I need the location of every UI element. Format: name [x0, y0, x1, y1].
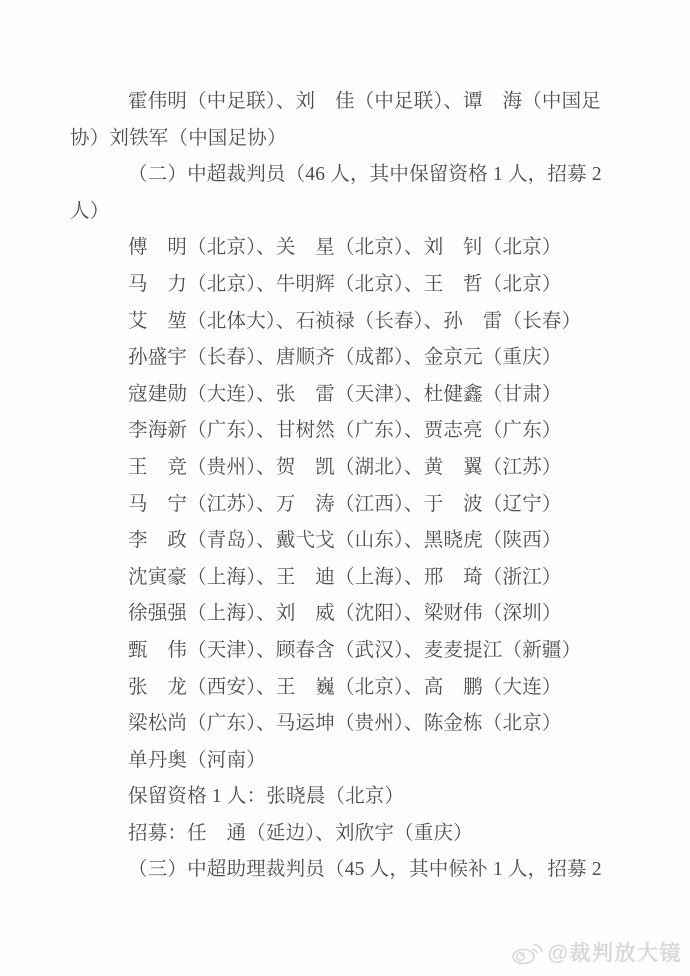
document-line: 沈寅豪（上海）、王 迪（上海）、邢 琦（浙江） [70, 560, 586, 597]
document-line: 甄 伟（天津）、顾春含（武汉）、麦麦提江（新疆） [70, 633, 586, 670]
document-line: 招募：任 通（延边）、刘欣宇（重庆） [70, 816, 586, 853]
document-line: 孙盛宇（长春）、唐顺齐（成都）、金京元（重庆） [70, 340, 586, 377]
document-line: 徐强强（上海）、刘 威（沈阳）、梁财伟（深圳） [70, 596, 586, 633]
document-line: 李海新（广东）、甘树然（广东）、贾志亮（广东） [70, 413, 586, 450]
document-line: 马 力（北京）、牛明辉（北京）、王 哲（北京） [70, 267, 586, 304]
document-line: 马 宁（江苏）、万 涛（江西）、于 波（辽宁） [70, 487, 586, 524]
document-line: 李 政（青岛）、戴弋戈（山东）、黑晓虎（陕西） [70, 523, 586, 560]
document-line: 寇建勋（大连）、张 雷（天津）、杜健鑫（甘肃） [70, 377, 586, 414]
document-line: 保留资格 1 人：张晓晨（北京） [70, 779, 586, 816]
watermark-handle: @裁判放大镜 [548, 937, 682, 967]
document-line: 霍伟明（中足联）、刘 佳（中足联）、谭 海（中国足 [70, 84, 586, 121]
document-line: 单丹奥（河南） [70, 743, 586, 780]
document-line: 王 竞（贵州）、贺 凯（湖北）、黄 翼（江苏） [70, 450, 586, 487]
document-line: 梁松尚（广东）、马运坤（贵州）、陈金栋（北京） [70, 706, 586, 743]
weibo-logo-icon [511, 940, 543, 965]
document-body: 霍伟明（中足联）、刘 佳（中足联）、谭 海（中国足协）刘铁军（中国足协）（二）中… [70, 84, 586, 889]
watermark: @裁判放大镜 [511, 937, 682, 967]
document-line: 艾 堃（北体大）、石祯禄（长春）、孙 雷（长春） [70, 304, 586, 341]
document-line: 傅 明（北京）、关 星（北京）、刘 钊（北京） [70, 230, 586, 267]
document-line: 协）刘铁军（中国足协） [70, 121, 586, 158]
document-line: 张 龙（西安）、王 巍（北京）、高 鹏（大连） [70, 670, 586, 707]
document-line: （三）中超助理裁判员（45 人，其中候补 1 人，招募 2 [70, 852, 586, 889]
document-line: （二）中超裁判员（46 人，其中保留资格 1 人，招募 2 [70, 157, 586, 194]
document-page: 霍伟明（中足联）、刘 佳（中足联）、谭 海（中国足协）刘铁军（中国足协）（二）中… [0, 0, 690, 976]
document-line: 人） [70, 194, 586, 231]
